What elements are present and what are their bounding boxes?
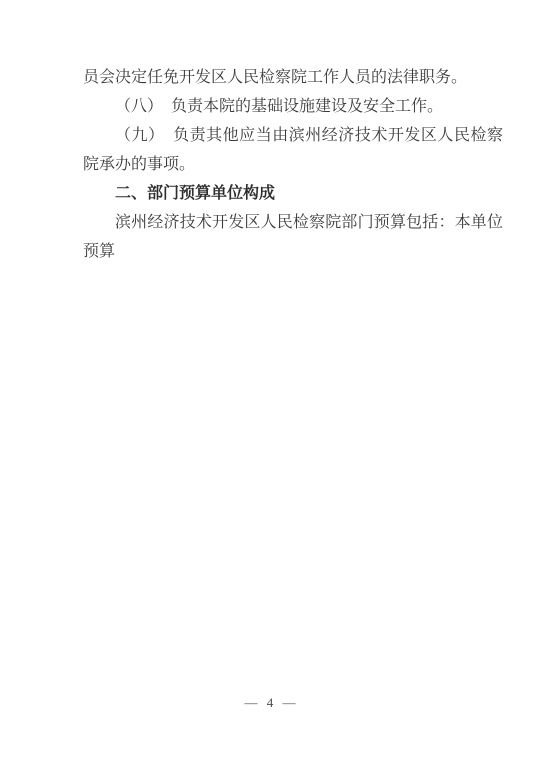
paragraph-item-8: （八） 负责本院的基础设施建设及安全工作。 xyxy=(83,92,503,121)
section-heading: 二、部门预算单位构成 xyxy=(83,179,503,208)
document-page: 员会决定任免开发区人民检察院工作人员的法律职务。 （八） 负责本院的基础设施建设… xyxy=(0,0,543,768)
page-number: — 4 — xyxy=(0,694,543,712)
paragraph-budget-composition: 滨州经济技术开发区人民检察院部门预算包括：本单位预算 xyxy=(83,208,503,266)
paragraph-continuation: 员会决定任免开发区人民检察院工作人员的法律职务。 xyxy=(83,63,503,92)
document-body: 员会决定任免开发区人民检察院工作人员的法律职务。 （八） 负责本院的基础设施建设… xyxy=(83,63,503,266)
paragraph-item-9: （九） 负责其他应当由滨州经济技术开发区人民检察院承办的事项。 xyxy=(83,121,503,179)
